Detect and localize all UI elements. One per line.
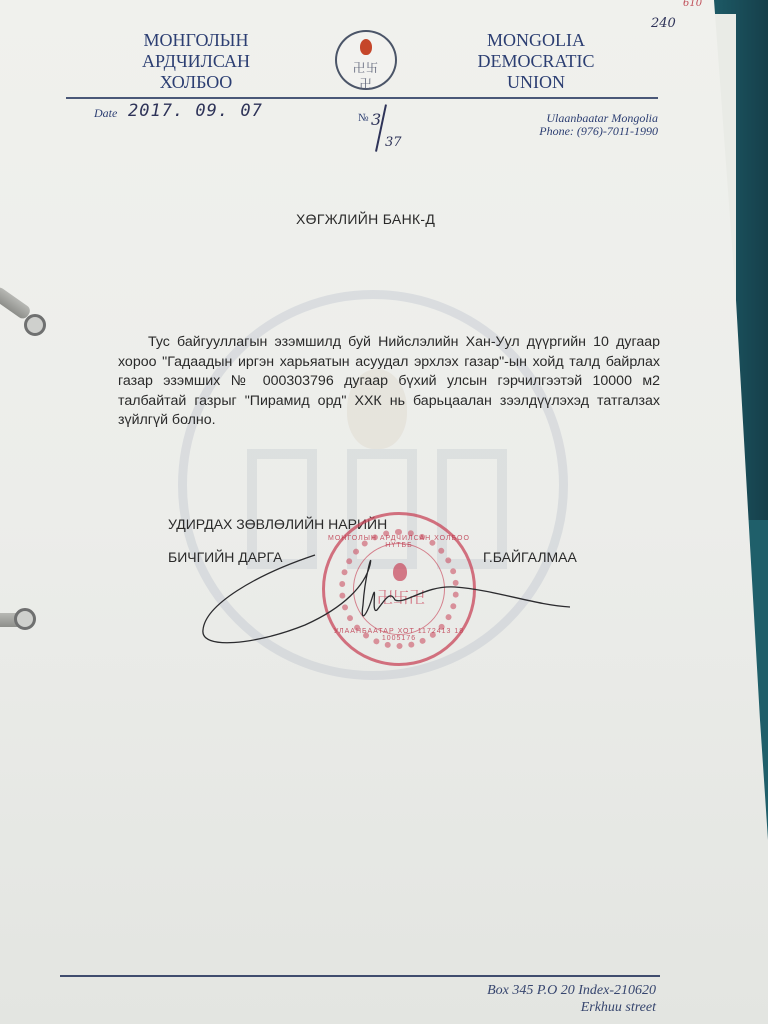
org-name-mn-line2: ХОЛБОО (88, 72, 304, 93)
date-value: 2017. 09. 07 (128, 101, 263, 121)
org-name-en-line2: UNION (428, 72, 644, 93)
phone: Phone: (976)-7011-1990 (539, 124, 658, 139)
org-name-english: MONGOLIA DEMOCRATIC UNION (428, 30, 644, 93)
date-label: Date (94, 106, 117, 121)
recipient: ХӨГЖЛИЙН БАНК-Д (296, 211, 435, 227)
reg-subnumber: 37 (385, 135, 402, 150)
handwritten-signature (195, 545, 575, 655)
footer-divider (60, 975, 660, 977)
org-name-mongolian: МОНГОЛЫН АРДЧИЛСАН ХОЛБОО (88, 30, 304, 93)
org-name-mn-line1: МОНГОЛЫН АРДЧИЛСАН (88, 30, 304, 72)
footer-address-line2: Erkhuu street (581, 1000, 656, 1016)
footer-address-line1: Box 345 P.O 20 Index-210620 (487, 983, 656, 999)
flame-emblem-icon (360, 39, 372, 55)
reg-number-label: № (358, 112, 369, 124)
logo-glyphs: 卍卐卍 (347, 60, 385, 76)
letter-page: 610 240 МОНГОЛЫН АРДЧИЛСАН ХОЛБОО 卍卐卍 MO… (0, 0, 768, 1024)
header-divider (66, 97, 658, 99)
handwritten-page-number: 240 (651, 16, 676, 31)
binder-ring (14, 608, 36, 630)
party-logo: 卍卐卍 (335, 30, 397, 90)
red-handwritten-mark: 610 (683, 0, 702, 9)
org-name-en-line1: MONGOLIA DEMOCRATIC (428, 30, 644, 72)
binder-ring (24, 314, 46, 336)
letter-body: Тус байгууллагын эзэмшилд буй Нийслэлийн… (118, 333, 660, 431)
